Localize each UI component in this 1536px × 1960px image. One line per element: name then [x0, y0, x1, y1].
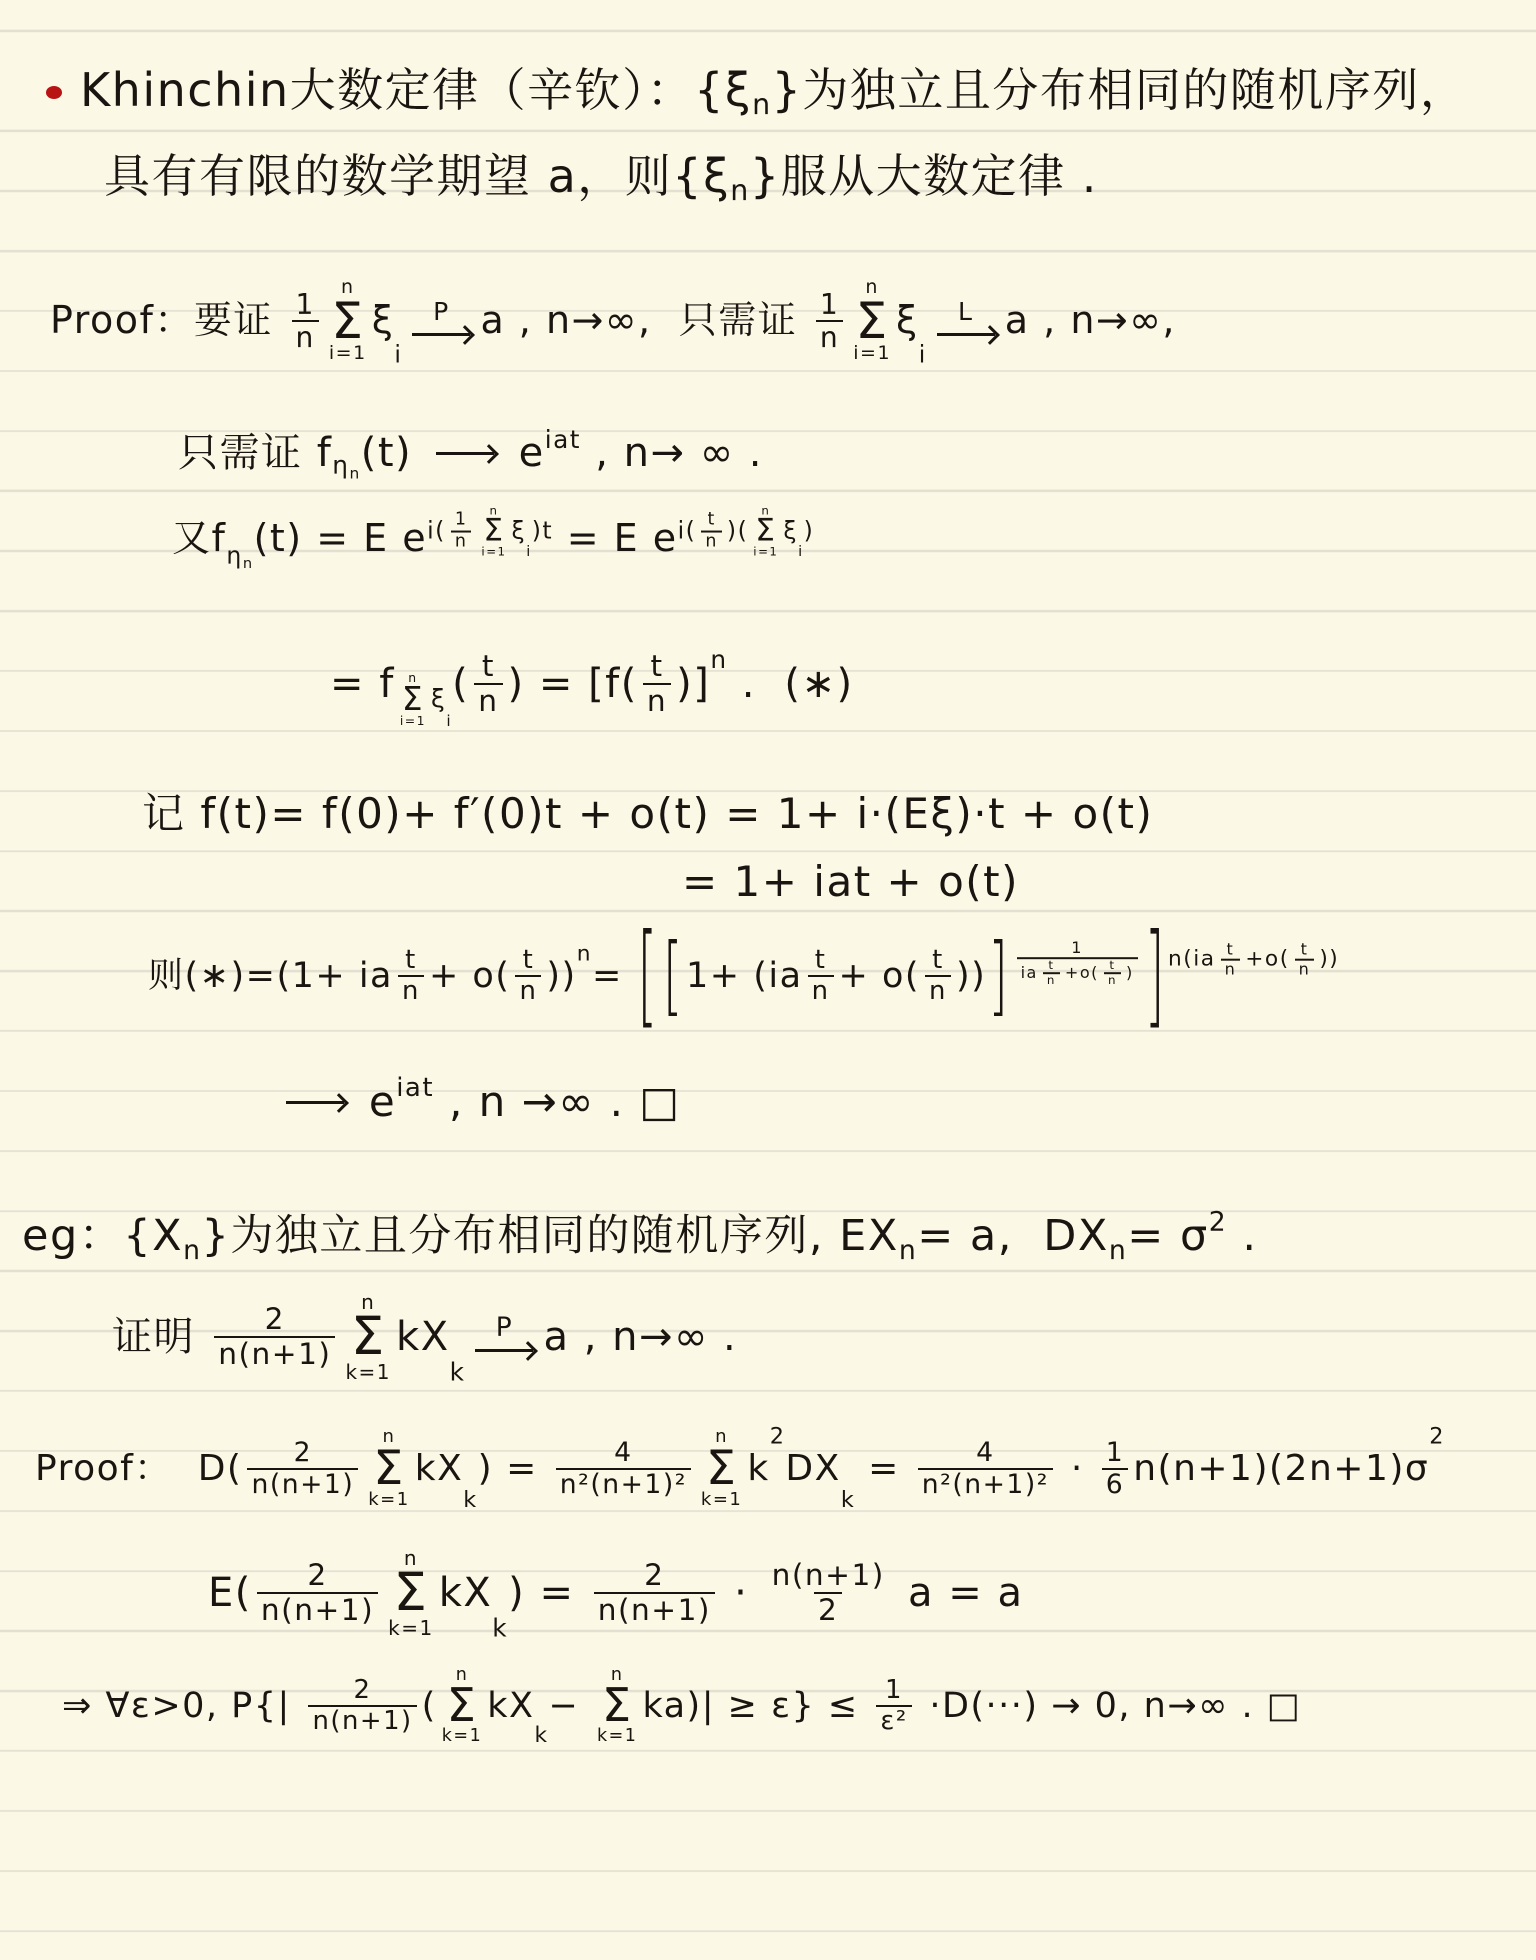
sigma-symbol: Σ — [856, 298, 889, 344]
fraction-numerator: 2 — [261, 1303, 289, 1336]
summation: nΣk=1 — [701, 1428, 742, 1509]
big-bracket: ] — [988, 926, 1009, 1025]
subscript: nΣi=1ξi — [395, 671, 452, 727]
subscript: n — [752, 89, 772, 122]
fraction-denominator: n — [925, 975, 951, 1006]
text-run: a , n→∞, — [1005, 299, 1176, 343]
superscript: iat — [396, 1074, 434, 1104]
text-run: = a, DX — [917, 1212, 1109, 1261]
fraction-numerator: t — [703, 511, 719, 531]
sigma-symbol: Σ — [402, 684, 424, 714]
sigma-symbol: Σ — [331, 298, 364, 344]
fraction: 1n — [816, 289, 843, 354]
subscript: n — [1109, 1236, 1127, 1267]
text-run: (t) = E e — [254, 517, 428, 561]
text-run: )t — [532, 518, 553, 545]
subscript: n — [899, 1236, 917, 1267]
fraction: n(n+1)2 — [768, 1559, 889, 1627]
text-run: ka)| ≥ ε} ≤ — [642, 1686, 871, 1726]
text-run: ) = [f( — [508, 661, 638, 707]
text-run: kX — [487, 1686, 534, 1726]
fraction-denominator: n — [643, 683, 671, 718]
text-run: a = a — [894, 1570, 1024, 1616]
text-run: +o( — [1065, 964, 1099, 982]
text-run: a , n→∞, 只需证 — [480, 299, 810, 343]
subscript: n — [243, 556, 254, 573]
fraction-numerator: 1 — [816, 289, 843, 321]
fraction-denominator: n(n+1) — [247, 1468, 358, 1500]
text-run: ξ — [783, 518, 798, 545]
fraction-numerator: 4 — [610, 1438, 636, 1468]
subscript: k — [463, 1488, 477, 1514]
text-run: − — [549, 1686, 592, 1726]
fraction-numerator: t — [1105, 959, 1119, 972]
fraction: tn — [1043, 959, 1060, 988]
text-run: = 1+ iat + o(t) — [682, 858, 1019, 906]
fraction-numerator: t — [928, 946, 948, 975]
fraction-numerator: t — [811, 946, 831, 975]
fraction: 2n(n+1) — [308, 1676, 416, 1736]
example-claim: 证明 2n(n+1)nΣk=1kXkPa , n→∞ . — [112, 1292, 737, 1383]
summation-lower-limit: i=1 — [400, 714, 426, 727]
text-run: = σ — [1127, 1212, 1208, 1261]
subscript: i — [798, 544, 804, 561]
fraction-numerator: n(n+1) — [768, 1559, 889, 1592]
text-run: i( — [678, 518, 697, 545]
fraction-numerator: t — [1044, 959, 1058, 972]
fraction-numerator: t — [478, 650, 499, 683]
text-run: ·D(···) → 0, n→∞ . □ — [917, 1686, 1302, 1726]
summation: nΣk=1 — [368, 1428, 409, 1509]
fraction: 1iatn+o(tn) — [1017, 939, 1138, 988]
summation-lower-limit: i=1 — [853, 344, 891, 364]
text-run: ξ — [512, 518, 527, 545]
fraction-numerator: 1 — [881, 1676, 907, 1705]
fraction-denominator: n²(n+1)² — [556, 1468, 691, 1500]
summation: nΣi=1 — [400, 671, 426, 727]
fraction: tn — [398, 946, 424, 1006]
subscript: k — [534, 1724, 548, 1749]
fraction-denominator: n — [808, 975, 834, 1006]
fraction-denominator: n(n+1) — [214, 1336, 335, 1371]
text-run: Proof： D( — [35, 1448, 242, 1489]
example-proof-variance: Proof： D(2n(n+1)nΣk=1kXk) = 4n²(n+1)²nΣk… — [35, 1428, 1445, 1509]
text-run: kX — [396, 1314, 450, 1360]
text-run: ⇒ ∀ε>0, P{| — [62, 1686, 303, 1726]
subscript: i — [394, 341, 402, 368]
fraction: 1ε² — [876, 1676, 911, 1736]
text-run: ( — [452, 661, 469, 707]
big-bracket: ] — [1145, 912, 1166, 1040]
fraction-numerator: 2 — [640, 1559, 668, 1592]
text-run: ξ — [372, 299, 395, 343]
fraction-denominator: n(n+1) — [308, 1705, 416, 1736]
fraction: tn — [701, 511, 722, 552]
notebook-page: Khinchin大数定律（辛钦）：{ξn}为独立且分布相同的随机序列，具有有限的… — [0, 0, 1536, 1960]
summation-lower-limit: k=1 — [442, 1727, 482, 1745]
taylor-expansion-continued: = 1+ iat + o(t) — [682, 858, 1019, 906]
fraction: tn — [808, 946, 834, 1006]
text-run: e — [354, 1078, 396, 1126]
text-run: 则(∗)=(1+ ia — [148, 956, 393, 996]
taylor-expansion: 记 f(t)= f(0)+ f′(0)t + o(t) = 1+ i·(Eξ)·… — [142, 790, 1153, 838]
text-run: DX — [785, 1448, 840, 1489]
labeled-convergence-arrow: P — [412, 299, 470, 342]
text-run: (t) — [361, 430, 427, 476]
text-run: )( — [727, 518, 748, 545]
text-run: · — [720, 1570, 763, 1616]
sigma-symbol: Σ — [373, 1447, 405, 1491]
fraction: tn — [474, 650, 502, 718]
fraction-denominator: 6 — [1102, 1468, 1128, 1500]
text-run: . — [1227, 1212, 1257, 1261]
superscript: n — [577, 943, 592, 968]
big-bracket: [ — [637, 912, 658, 1040]
fraction-numerator: t — [519, 946, 539, 975]
fraction: 2n(n+1) — [257, 1559, 378, 1627]
fraction-numerator: 2 — [290, 1438, 316, 1468]
text-run: n(ia — [1168, 947, 1216, 972]
subscript: ηn — [332, 452, 360, 481]
fraction-numerator: 4 — [972, 1438, 998, 1468]
text-run: )] — [676, 661, 710, 707]
heading-khinchin-theorem: Khinchin大数定律（辛钦）：{ξn}为独立且分布相同的随机序列， — [46, 64, 1467, 117]
subscript: n — [350, 466, 361, 484]
fraction: tn — [1221, 941, 1241, 979]
text-run: + o( — [429, 956, 511, 996]
fraction: tn — [643, 650, 671, 718]
text-run: 又f — [172, 517, 226, 561]
fraction-numerator: t — [401, 946, 421, 975]
text-run: }服从大数定律 . — [750, 150, 1098, 203]
subscript: i — [446, 712, 452, 730]
fraction-denominator: n — [515, 975, 541, 1006]
fraction-denominator: n — [1043, 972, 1060, 987]
fraction-numerator: t — [1297, 941, 1313, 959]
fraction-denominator: n — [474, 683, 502, 718]
arrow-label: P — [496, 1315, 513, 1341]
sigma-symbol: Σ — [393, 1569, 428, 1618]
arrow-label: P — [433, 299, 450, 324]
fraction-numerator: 1 — [1067, 939, 1087, 957]
summation-lower-limit: k=1 — [701, 1491, 742, 1510]
text-run: eg：{X — [22, 1212, 183, 1261]
fraction-numerator: 1 — [451, 511, 472, 531]
text-run: 具有有限的数学期望 a，则{ξ — [104, 150, 730, 203]
sigma-symbol: Σ — [351, 1313, 386, 1362]
text-run: = — [592, 956, 635, 996]
text-run: 证明 — [112, 1314, 209, 1360]
fraction: 2n(n+1) — [594, 1559, 715, 1627]
example-statement: eg：{Xn}为独立且分布相同的随机序列, EXn= a, DXn= σ2 . — [22, 1212, 1258, 1261]
summation-lower-limit: i=1 — [481, 545, 506, 557]
summation-lower-limit: i=1 — [753, 545, 778, 557]
summation-lower-limit: k=1 — [597, 1727, 637, 1745]
text-run: a , n→∞ . — [543, 1314, 737, 1360]
long-arrow — [286, 1094, 344, 1111]
text-run: 1+ (ia — [686, 956, 803, 996]
subscript: i — [919, 341, 927, 368]
text-run: E( — [208, 1570, 252, 1616]
labeled-convergence-arrow: L — [937, 299, 995, 342]
fraction: tn — [515, 946, 541, 1006]
subscript: n — [730, 175, 750, 208]
fraction-numerator: 1 — [1102, 1438, 1128, 1468]
long-arrow — [436, 445, 494, 462]
char-function-limit-step: 只需证 fηn(t) eiat , n→ ∞ . — [178, 430, 763, 476]
fraction: 4n²(n+1)² — [556, 1438, 691, 1500]
arrow-shaft — [436, 452, 494, 455]
text-run: k — [747, 1448, 769, 1489]
text-run: ξ — [431, 685, 446, 714]
fraction-numerator: 1 — [292, 289, 319, 321]
fraction-denominator: n — [1104, 972, 1121, 987]
labeled-convergence-arrow: P — [475, 1315, 533, 1359]
superscript: n(iatn+o(tn)) — [1168, 941, 1339, 979]
subscript: i — [526, 544, 532, 561]
fraction-denominator: n(n+1) — [594, 1592, 715, 1627]
chebyshev-conclusion: ⇒ ∀ε>0, P{| 2n(n+1)(nΣk=1kXk− nΣk=1ka)| … — [62, 1666, 1301, 1745]
text-run: ) = — [508, 1570, 589, 1616]
text-run: ) — [804, 518, 815, 545]
text-run: , n→ ∞ . — [581, 430, 763, 476]
big-bracket: [ — [663, 926, 684, 1025]
summation-lower-limit: k=1 — [345, 1362, 391, 1383]
fraction: tn — [1295, 941, 1315, 979]
summation: nΣi=1 — [853, 278, 891, 364]
summation-lower-limit: k=1 — [368, 1491, 409, 1510]
text-run: }为独立且分布相同的随机序列， — [772, 64, 1468, 117]
sigma-symbol: Σ — [483, 517, 504, 546]
text-run: e — [504, 430, 544, 476]
text-run: Proof：要证 — [50, 299, 287, 343]
fraction-denominator: n²(n+1)² — [918, 1468, 1053, 1500]
subscript: k — [450, 1359, 466, 1388]
summation: nΣi=1 — [481, 505, 506, 558]
fraction-denominator: n — [451, 530, 472, 552]
summation: nΣk=1 — [345, 1292, 391, 1383]
subscript: ηn — [226, 543, 253, 570]
text-run: )) — [546, 956, 576, 996]
text-run: n(n+1)(2n+1)σ — [1133, 1448, 1429, 1489]
summation: nΣk=1 — [597, 1666, 637, 1745]
fraction: 2n(n+1) — [247, 1438, 358, 1500]
text-run: 记 f(t)= f(0)+ f′(0)t + o(t) = 1+ i·(Eξ)·… — [142, 790, 1153, 838]
superscript: n — [710, 646, 727, 675]
sigma-symbol: Σ — [706, 1447, 738, 1491]
fraction-denominator: n — [292, 320, 319, 354]
subscript: n — [183, 1236, 201, 1267]
fraction: tn — [925, 946, 951, 1006]
fraction-denominator: n — [398, 975, 424, 1006]
text-run: i( — [427, 518, 446, 545]
fraction-denominator: iatn+o(tn) — [1017, 957, 1138, 988]
superscript: 2 — [770, 1424, 786, 1450]
fraction-denominator: n — [701, 530, 722, 552]
subscript: k — [492, 1615, 508, 1644]
summation-lower-limit: i=1 — [329, 344, 367, 364]
fraction-numerator: 2 — [303, 1559, 331, 1592]
text-run: 只需证 f — [178, 430, 332, 476]
superscript: 2 — [1429, 1424, 1445, 1450]
text-run: kX — [439, 1570, 493, 1616]
text-run: · — [1058, 1448, 1097, 1489]
text-run: ) — [1126, 964, 1134, 982]
summation: nΣk=1 — [442, 1666, 482, 1745]
fraction: 4n²(n+1)² — [918, 1438, 1053, 1500]
text-run: ξ — [896, 299, 919, 343]
arrow-label: L — [958, 299, 973, 324]
char-function-product: = fnΣi=1ξi(tn) = [f(tn)]n . (∗) — [330, 650, 854, 718]
sigma-symbol: Σ — [755, 517, 776, 546]
superscript: 1iatn+o(tn) — [1012, 939, 1143, 988]
superscript: i(tn)(nΣi=1ξi) — [678, 505, 815, 558]
fraction-denominator: n(n+1) — [257, 1592, 378, 1627]
fraction-numerator: 2 — [350, 1676, 376, 1705]
text-run: )) — [1319, 947, 1339, 972]
heading-hypothesis: 具有有限的数学期望 a，则{ξn}服从大数定律 . — [104, 150, 1098, 203]
fraction-numerator: t — [646, 650, 667, 683]
fraction: 16 — [1102, 1438, 1128, 1500]
char-function-expansion: 又fηn(t) = E ei(1nnΣi=1ξi)t = E ei(tn)(nΣ… — [172, 512, 814, 565]
text-run: , n →∞ . □ — [434, 1078, 680, 1126]
fraction-denominator: n — [816, 320, 843, 354]
fraction-denominator: ε² — [876, 1705, 911, 1736]
summation-lower-limit: k=1 — [388, 1618, 434, 1639]
text-run: kX — [415, 1448, 464, 1489]
text-run: Khinchin大数定律（辛钦）：{ξ — [80, 64, 752, 117]
example-proof-expectation: E(2n(n+1)nΣk=1kXk) = 2n(n+1) · n(n+1)2 a… — [208, 1548, 1024, 1639]
fraction: 1n — [451, 511, 472, 552]
text-run: + o( — [839, 956, 921, 996]
text-run: = E e — [553, 517, 677, 561]
limit-bracket-step: 则(∗)=(1+ iatn+ o(tn))n= [[1+ (iatn+ o(tn… — [148, 946, 1339, 1006]
superscript: 2 — [1209, 1208, 1227, 1239]
sigma-symbol: Σ — [447, 1684, 478, 1727]
summation: nΣk=1 — [388, 1548, 434, 1639]
subscript: k — [841, 1488, 855, 1514]
fraction: tn — [1104, 959, 1121, 988]
arrow-shaft — [286, 1101, 344, 1104]
text-run: ia — [1021, 964, 1038, 982]
fraction-denominator: 2 — [814, 1592, 842, 1627]
arrow-shaft — [412, 333, 470, 336]
text-run: }为独立且分布相同的随机序列, EX — [201, 1212, 898, 1261]
summation: nΣi=1 — [753, 505, 778, 558]
limit-result: eiat , n →∞ . □ — [276, 1078, 681, 1126]
fraction: 1n — [292, 289, 319, 354]
text-run: +o( — [1245, 947, 1289, 972]
summation: nΣi=1 — [329, 278, 367, 364]
text-run: ) = — [478, 1448, 551, 1489]
fraction-numerator: t — [1223, 941, 1239, 959]
fraction-denominator: n — [1221, 959, 1241, 979]
arrow-shaft — [475, 1349, 533, 1352]
superscript: iat — [545, 426, 581, 455]
proof-reduction-step: Proof：要证 1nnΣi=1ξiPa , n→∞, 只需证 1nnΣi=1ξ… — [50, 278, 1176, 364]
arrow-shaft — [937, 333, 995, 336]
text-run: )) — [956, 956, 986, 996]
text-run: η — [226, 543, 242, 570]
fraction: 2n(n+1) — [214, 1303, 335, 1371]
text-run: = — [855, 1448, 913, 1489]
text-run: ( — [422, 1686, 437, 1726]
superscript: i(1nnΣi=1ξi)t — [427, 505, 553, 558]
text-run: = f — [330, 661, 395, 707]
text-run: η — [332, 452, 349, 481]
sigma-symbol: Σ — [602, 1684, 633, 1727]
text-run: . (∗) — [728, 661, 854, 707]
bullet-dot — [46, 86, 62, 99]
notes-content: Khinchin大数定律（辛钦）：{ξn}为独立且分布相同的随机序列，具有有限的… — [0, 0, 1536, 1960]
fraction-denominator: n — [1295, 959, 1315, 979]
